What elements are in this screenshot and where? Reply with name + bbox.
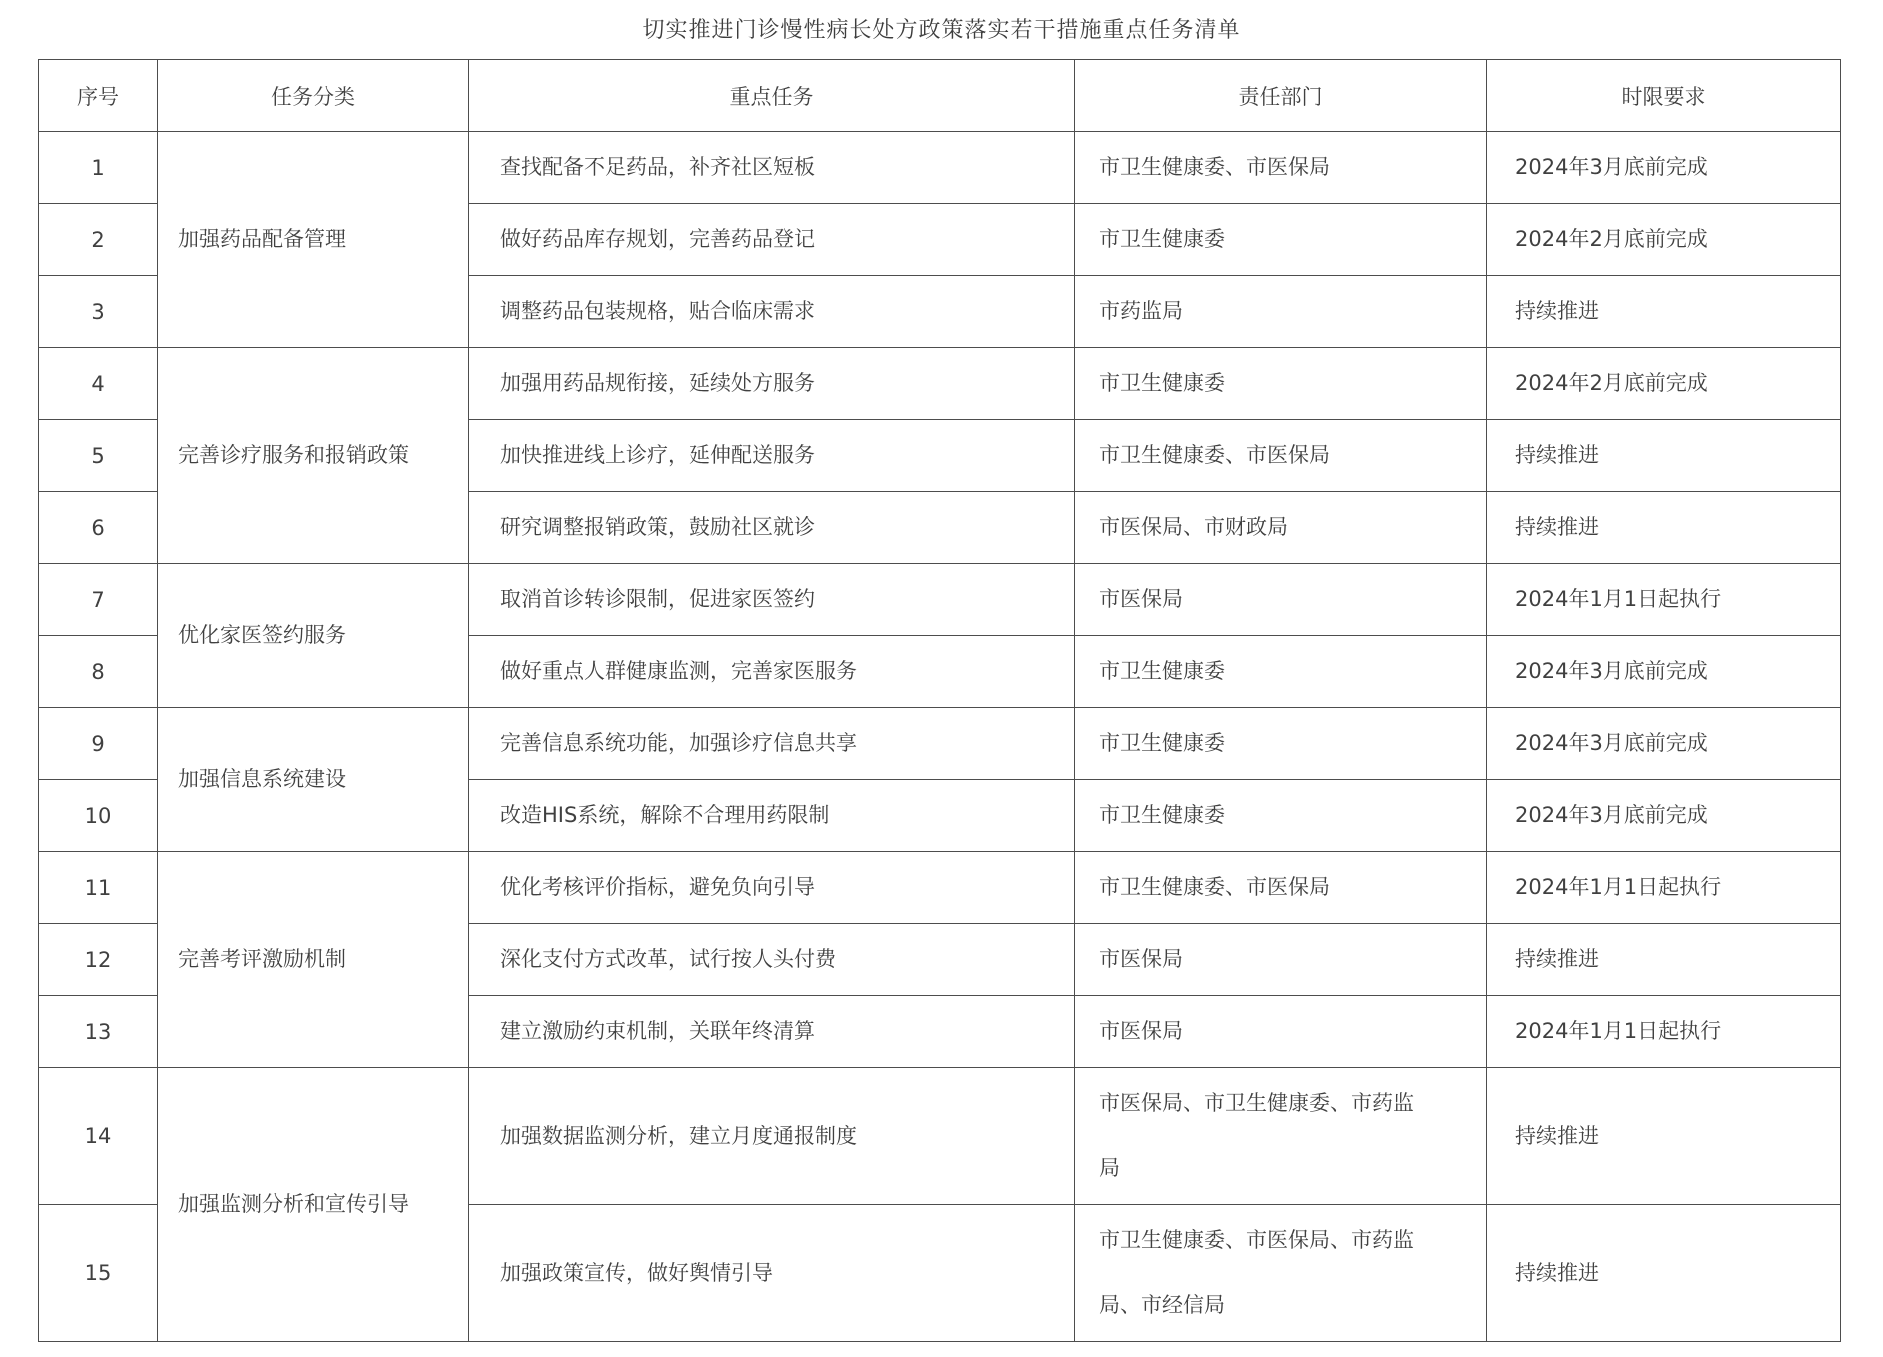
task-cell: 取消首诊转诊限制，促进家医签约 [469,564,1075,636]
header-重点任务: 重点任务 [469,60,1075,132]
deadline-cell: 2024年1月1日起执行 [1487,996,1841,1068]
department-cell: 市卫生健康委 [1075,204,1487,276]
row-number-cell: 9 [39,708,158,780]
department-cell: 市卫生健康委、市医保局 [1075,132,1487,204]
department-cell: 市卫生健康委 [1075,780,1487,852]
task-cell: 查找配备不足药品，补齐社区短板 [469,132,1075,204]
row-number-cell: 2 [39,204,158,276]
row-number-cell: 7 [39,564,158,636]
department-cell: 市卫生健康委、市医保局、市药监局、市经信局 [1075,1205,1487,1342]
row-number-cell: 5 [39,420,158,492]
table-row: 11完善考评激励机制优化考核评价指标，避免负向引导市卫生健康委、市医保局2024… [39,852,1841,924]
task-cell: 调整药品包装规格，贴合临床需求 [469,276,1075,348]
row-number-cell: 15 [39,1205,158,1342]
header-序号: 序号 [39,60,158,132]
document-page: 切实推进门诊慢性病长处方政策落实若干措施重点任务清单 序号 任务分类 重点任务 … [0,0,1883,1357]
category-cell: 加强药品配备管理 [158,132,469,348]
deadline-cell: 2024年1月1日起执行 [1487,852,1841,924]
header-时限要求: 时限要求 [1487,60,1841,132]
category-cell: 加强信息系统建设 [158,708,469,852]
department-cell: 市药监局 [1075,276,1487,348]
department-cell: 市卫生健康委 [1075,348,1487,420]
department-cell: 市医保局、市卫生健康委、市药监局 [1075,1068,1487,1205]
department-cell: 市医保局、市财政局 [1075,492,1487,564]
task-cell: 加强数据监测分析，建立月度通报制度 [469,1068,1075,1205]
department-cell: 市卫生健康委、市医保局 [1075,852,1487,924]
category-cell: 加强监测分析和宣传引导 [158,1068,469,1342]
department-cell: 市医保局 [1075,924,1487,996]
task-cell: 加强用药品规衔接，延续处方服务 [469,348,1075,420]
deadline-cell: 2024年2月底前完成 [1487,204,1841,276]
deadline-cell: 2024年3月底前完成 [1487,132,1841,204]
row-number-cell: 12 [39,924,158,996]
task-table: 序号 任务分类 重点任务 责任部门 时限要求 1加强药品配备管理查找配备不足药品… [38,59,1841,1342]
table-body: 1加强药品配备管理查找配备不足药品，补齐社区短板市卫生健康委、市医保局2024年… [39,132,1841,1342]
department-cell: 市卫生健康委、市医保局 [1075,420,1487,492]
task-cell: 做好重点人群健康监测，完善家医服务 [469,636,1075,708]
deadline-cell: 2024年2月底前完成 [1487,348,1841,420]
deadline-cell: 持续推进 [1487,492,1841,564]
table-row: 9加强信息系统建设完善信息系统功能，加强诊疗信息共享市卫生健康委2024年3月底… [39,708,1841,780]
deadline-cell: 持续推进 [1487,1205,1841,1342]
deadline-cell: 2024年3月底前完成 [1487,636,1841,708]
row-number-cell: 14 [39,1068,158,1205]
task-cell: 加快推进线上诊疗，延伸配送服务 [469,420,1075,492]
deadline-cell: 持续推进 [1487,1068,1841,1205]
department-cell: 市卫生健康委 [1075,636,1487,708]
row-number-cell: 4 [39,348,158,420]
task-cell: 完善信息系统功能，加强诊疗信息共享 [469,708,1075,780]
row-number-cell: 13 [39,996,158,1068]
deadline-cell: 持续推进 [1487,924,1841,996]
deadline-cell: 持续推进 [1487,420,1841,492]
category-cell: 优化家医签约服务 [158,564,469,708]
table-header: 序号 任务分类 重点任务 责任部门 时限要求 [39,60,1841,132]
row-number-cell: 3 [39,276,158,348]
task-cell: 优化考核评价指标，避免负向引导 [469,852,1075,924]
task-cell: 研究调整报销政策，鼓励社区就诊 [469,492,1075,564]
task-cell: 改造HIS系统，解除不合理用药限制 [469,780,1075,852]
row-number-cell: 10 [39,780,158,852]
deadline-cell: 2024年1月1日起执行 [1487,564,1841,636]
task-cell: 深化支付方式改革，试行按人头付费 [469,924,1075,996]
row-number-cell: 11 [39,852,158,924]
deadline-cell: 2024年3月底前完成 [1487,708,1841,780]
deadline-cell: 持续推进 [1487,276,1841,348]
table-row: 1加强药品配备管理查找配备不足药品，补齐社区短板市卫生健康委、市医保局2024年… [39,132,1841,204]
category-cell: 完善考评激励机制 [158,852,469,1068]
table-row: 14加强监测分析和宣传引导加强数据监测分析，建立月度通报制度市医保局、市卫生健康… [39,1068,1841,1205]
header-row: 序号 任务分类 重点任务 责任部门 时限要求 [39,60,1841,132]
task-cell: 建立激励约束机制，关联年终清算 [469,996,1075,1068]
row-number-cell: 6 [39,492,158,564]
task-cell: 做好药品库存规划，完善药品登记 [469,204,1075,276]
department-cell: 市医保局 [1075,996,1487,1068]
table-row: 4完善诊疗服务和报销政策加强用药品规衔接，延续处方服务市卫生健康委2024年2月… [39,348,1841,420]
header-责任部门: 责任部门 [1075,60,1487,132]
department-cell: 市医保局 [1075,564,1487,636]
department-cell: 市卫生健康委 [1075,708,1487,780]
row-number-cell: 1 [39,132,158,204]
category-cell: 完善诊疗服务和报销政策 [158,348,469,564]
task-cell: 加强政策宣传，做好舆情引导 [469,1205,1075,1342]
header-任务分类: 任务分类 [158,60,469,132]
table-row: 7优化家医签约服务取消首诊转诊限制，促进家医签约市医保局2024年1月1日起执行 [39,564,1841,636]
page-title: 切实推进门诊慢性病长处方政策落实若干措施重点任务清单 [0,0,1883,44]
row-number-cell: 8 [39,636,158,708]
deadline-cell: 2024年3月底前完成 [1487,780,1841,852]
